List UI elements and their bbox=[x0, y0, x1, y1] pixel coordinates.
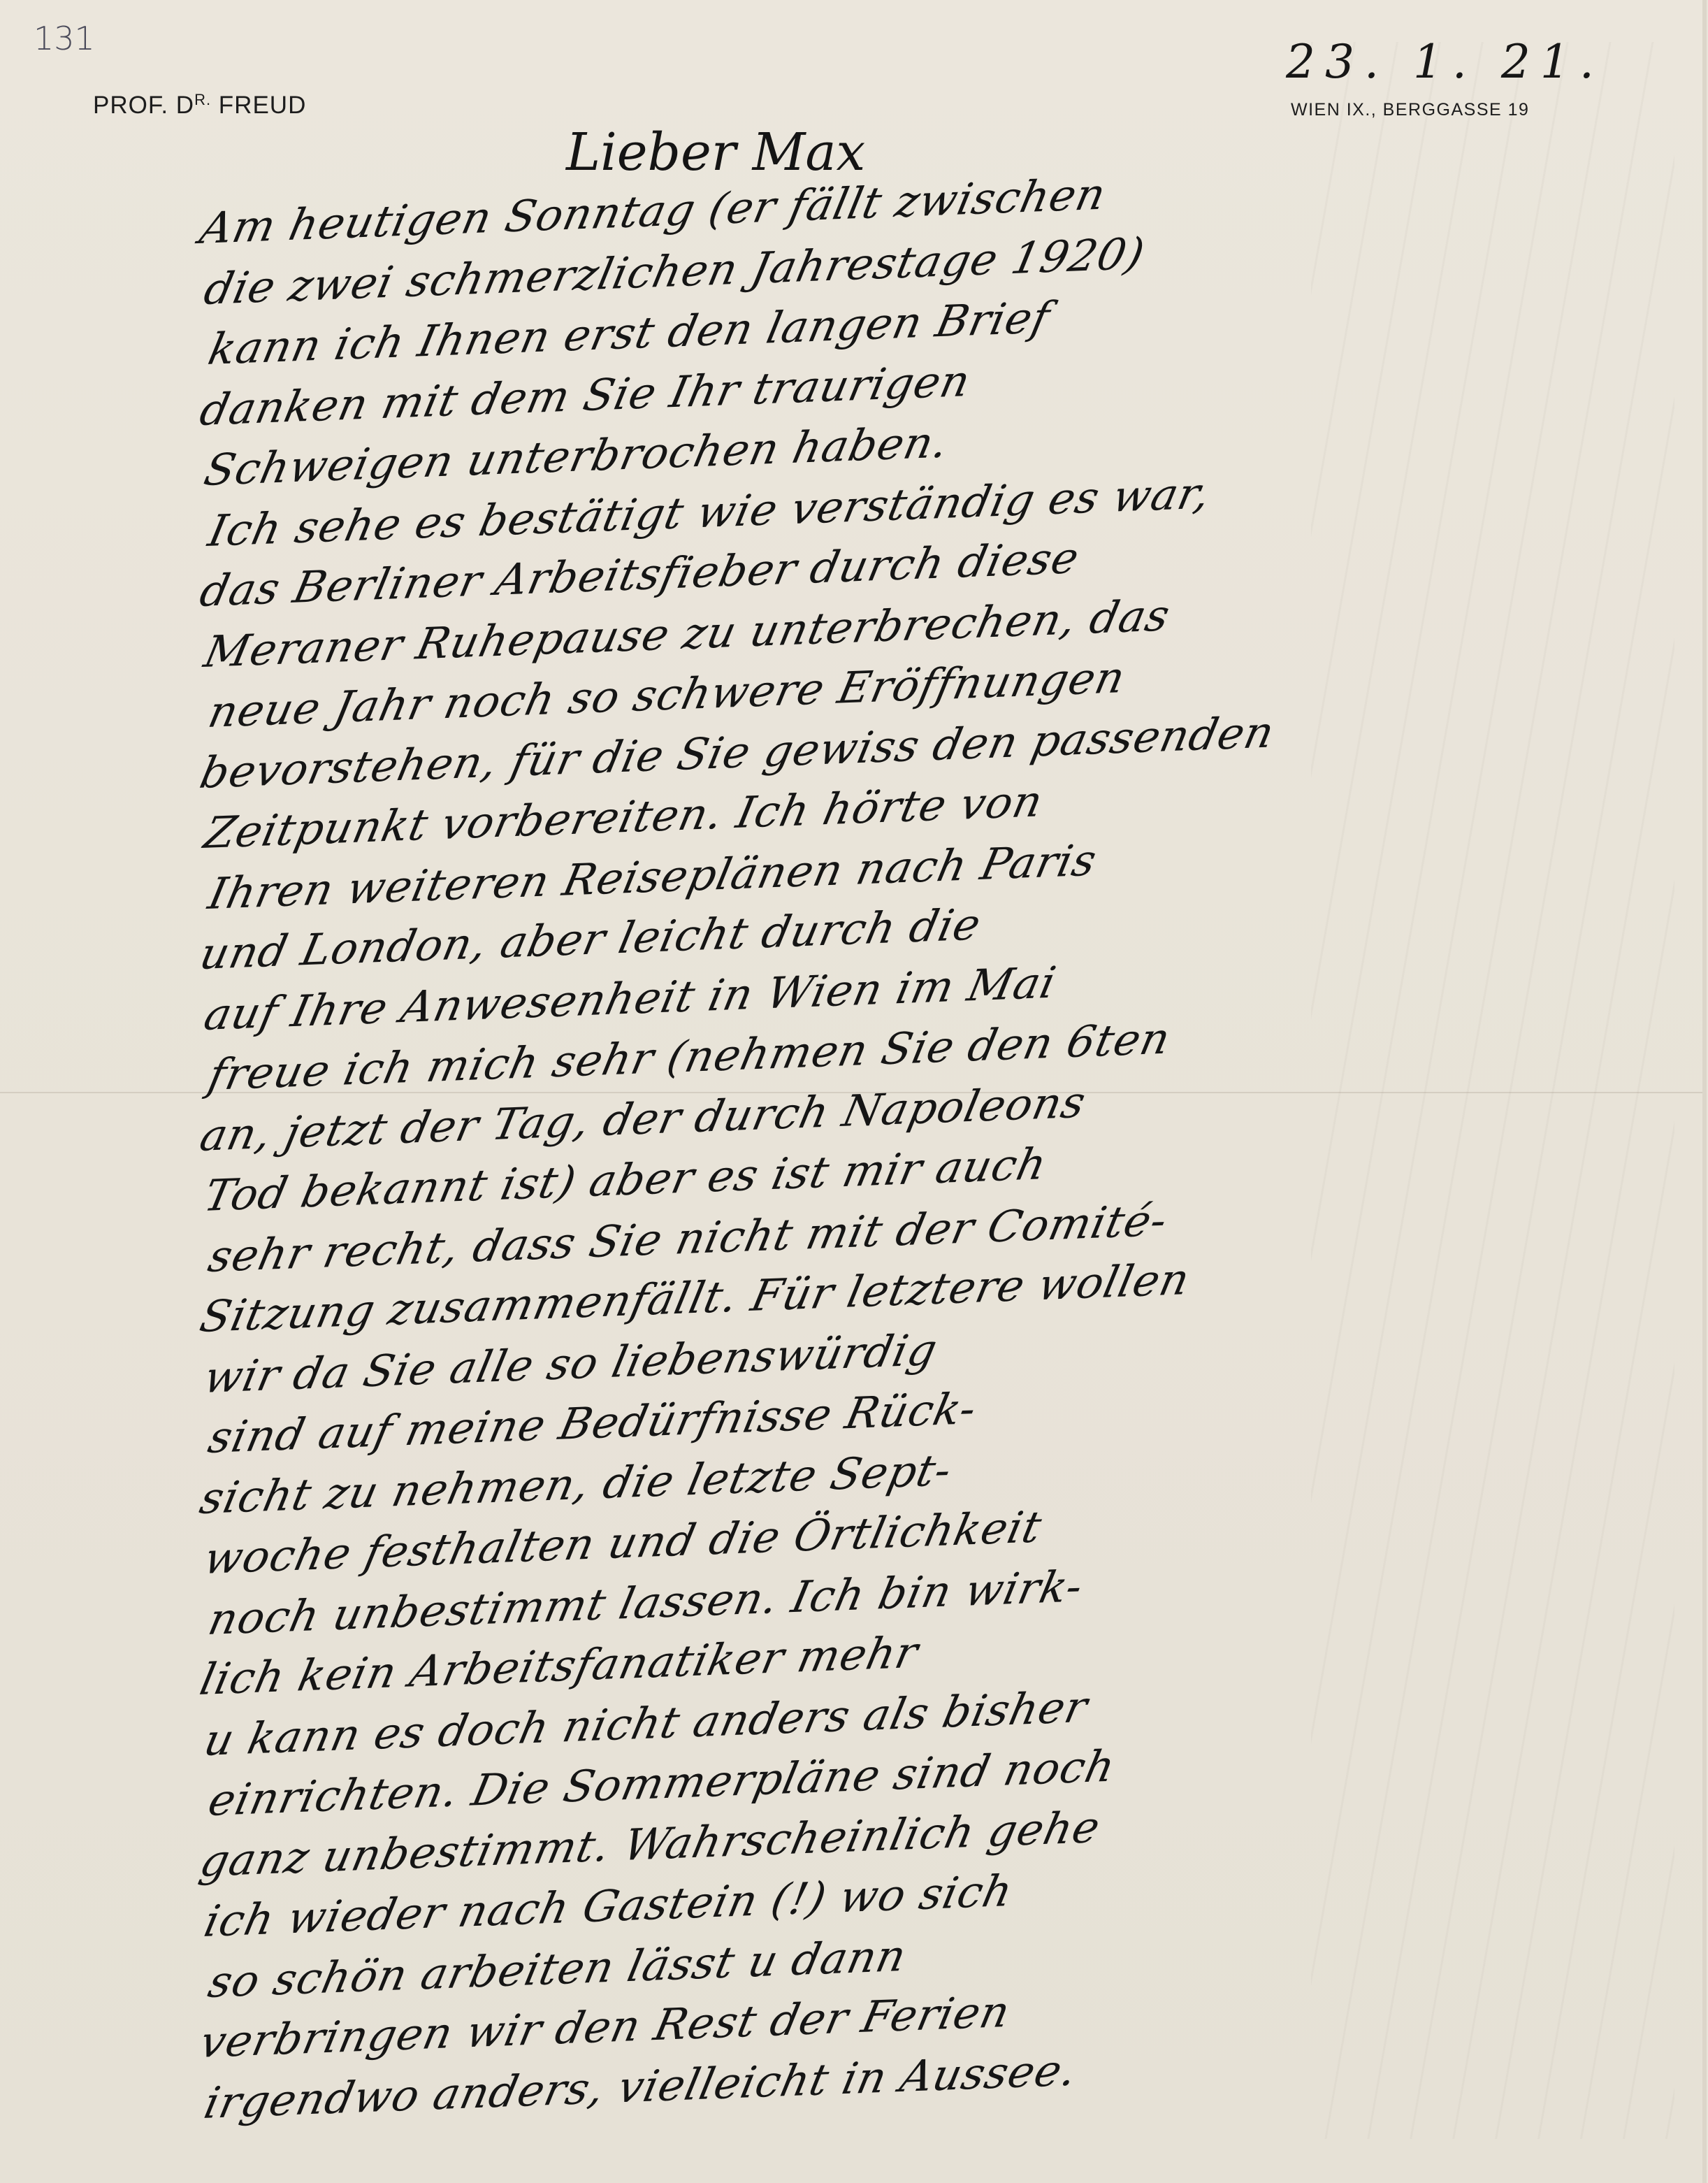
letterhead-address: WIEN IX., BERGGASSE 19 bbox=[1291, 100, 1529, 120]
letterhead-surname: FREUD bbox=[211, 92, 306, 119]
letterhead-superscript: R. bbox=[194, 91, 211, 108]
letter-date: 23. 1. 21. bbox=[1286, 35, 1604, 89]
salutation: Lieber Max bbox=[566, 122, 865, 182]
letterhead-title: PROF. D bbox=[93, 92, 194, 119]
bleed-through-texture bbox=[1311, 42, 1674, 2139]
letterhead-name: PROF. DR. FREUD bbox=[93, 91, 306, 120]
archive-number: 131 bbox=[34, 20, 95, 57]
letter-page: 131 PROF. DR. FREUD 23. 1. 21. WIEN IX.,… bbox=[0, 0, 1707, 2183]
